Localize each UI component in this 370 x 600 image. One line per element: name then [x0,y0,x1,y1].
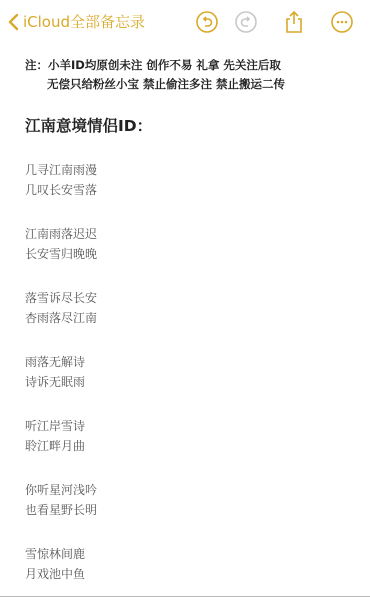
stanza: 你听星河浅吟也看星野长明 [25,480,360,520]
stanza-line: 长安雪归晚晚 [25,244,360,264]
stanza: 落雪诉尽长安杏雨落尽江南 [25,288,360,328]
stanza: 雨落无解诗诗诉无眠雨 [25,352,360,392]
stanza: 几寻江南雨漫几叹长安雪落 [25,160,360,200]
stanza-line: 几寻江南雨漫 [25,160,360,180]
stanza: 江南雨落迟迟长安雪归晚晚 [25,224,360,264]
stanza-line: 你听星河浅吟 [25,480,360,500]
stanza-line: 落雪诉尽长安 [25,288,360,308]
stanza-line: 听江岸雪诗 [25,416,360,436]
stanza: 雪惊林间鹿月戏池中鱼 [25,544,360,584]
redo-icon[interactable] [234,10,258,34]
stanza-line: 诗诉无眠雨 [25,372,360,392]
stanza-line: 雪惊林间鹿 [25,544,360,564]
note-title: 江南意境情侣ID： [25,114,360,136]
stanza: 听江岸雪诗聆江畔月曲 [25,416,360,456]
notice-line-2: 无偿只给粉丝小宝 禁止偷注多注 禁止搬运二传 [25,75,360,94]
undo-icon[interactable] [195,10,219,34]
stanza-line: 聆江畔月曲 [25,436,360,456]
stanza-line: 杏雨落尽江南 [25,308,360,328]
share-icon[interactable] [282,10,306,34]
back-button[interactable]: iCloud全部备忘录 [8,11,145,32]
back-label: iCloud全部备忘录 [23,11,145,32]
more-icon[interactable] [330,10,354,34]
notice: 注：小羊ID均原创未注 创作不易 礼拿 先关注后取 无偿只给粉丝小宝 禁止偷注多… [25,56,360,94]
divider [0,596,370,597]
stanza-line: 雨落无解诗 [25,352,360,372]
chevron-left-icon [8,13,19,31]
note-content[interactable]: 注：小羊ID均原创未注 创作不易 礼拿 先关注后取 无偿只给粉丝小宝 禁止偷注多… [25,56,360,584]
stanza-line: 江南雨落迟迟 [25,224,360,244]
stanza-line: 也看星野长明 [25,500,360,520]
navbar: iCloud全部备忘录 [0,0,370,44]
notice-line-1: 注：小羊ID均原创未注 创作不易 礼拿 先关注后取 [25,56,360,75]
stanza-line: 几叹长安雪落 [25,180,360,200]
stanza-line: 月戏池中鱼 [25,564,360,584]
